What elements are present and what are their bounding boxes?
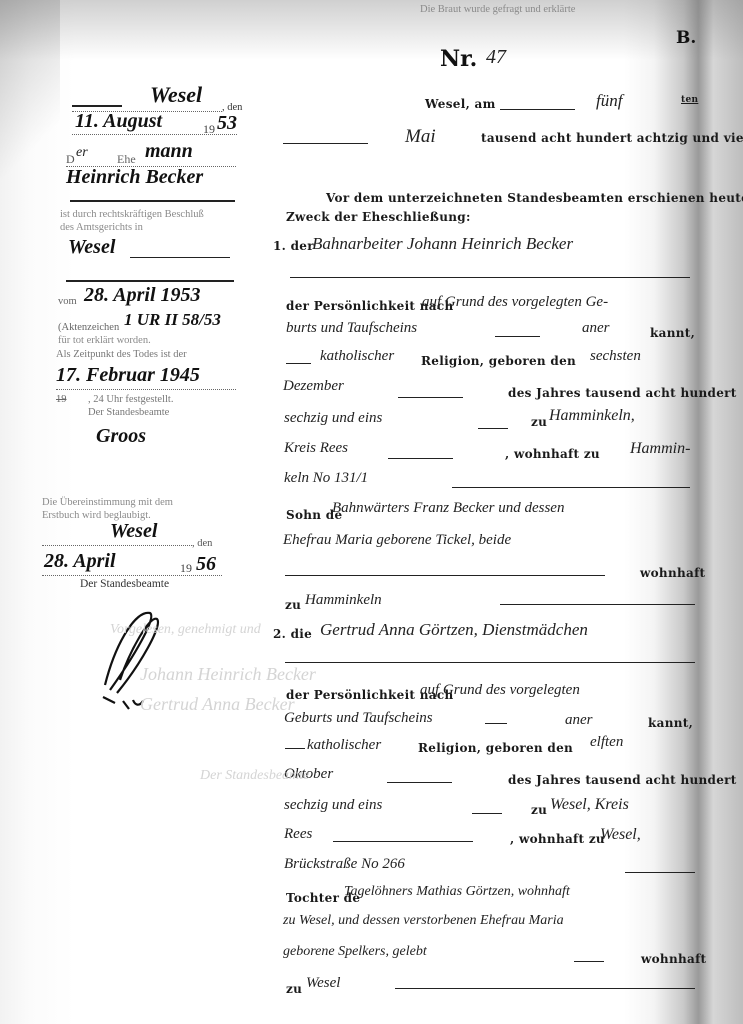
note2-text-1: Die Übereinstimmung mit dem	[42, 497, 173, 508]
rule	[574, 961, 604, 962]
bride-religion-label: Religion, geboren den	[418, 741, 573, 755]
bride-identity-2: Geburts und Taufscheins	[284, 710, 433, 727]
bride-street: Brückstraße No 266	[284, 856, 405, 873]
groom-district: Kreis Rees	[284, 440, 348, 457]
note1-vom-label: vom	[58, 296, 77, 307]
groom-religion-label: Religion, geboren den	[421, 354, 576, 368]
groom-number-label: 1. der	[273, 239, 314, 253]
ghost-text-2: Johann Heinrich Becker	[140, 664, 316, 685]
rule	[72, 134, 237, 135]
note2-place: Wesel	[110, 520, 157, 543]
note1-ehe: mann	[145, 140, 193, 163]
rule	[72, 105, 122, 107]
date-place-label: Wesel, am	[425, 97, 496, 111]
note1-name: Heinrich Becker	[66, 166, 203, 189]
rule	[500, 604, 695, 605]
groom-birth-place: Hamminkeln,	[549, 407, 635, 425]
groom-birth-year-label: des Jahres tausend acht hundert	[508, 386, 737, 400]
bride-district: Rees	[284, 826, 312, 843]
rule	[285, 748, 305, 749]
date-day: fünf	[596, 91, 622, 111]
rule	[290, 277, 690, 278]
groom-residence-label: , wohnhaft zu	[505, 447, 600, 461]
groom-residence: Hammin-	[630, 440, 690, 458]
rule	[42, 575, 222, 576]
rule	[398, 397, 463, 398]
bride-birth-place-label: zu	[531, 803, 547, 817]
scan-shadow-top	[0, 0, 743, 60]
bride-parents-2: zu Wesel, und dessen verstorbenen Ehefra…	[283, 913, 564, 929]
groom-parents-residence: Hamminkeln	[305, 592, 382, 609]
record-number: 47	[486, 46, 506, 69]
rule	[388, 458, 453, 459]
note1-decree-2: des Amtsgerichts in	[60, 222, 143, 233]
note1-declared: für tot erklärt worden.	[58, 335, 151, 346]
groom-parents-residence-prefix: zu	[285, 598, 301, 612]
note1-ehe-prefix-hand: er	[76, 145, 88, 161]
note1-death: 17. Februar 1945	[56, 364, 200, 387]
note1-ehe-prefix: D	[66, 152, 75, 167]
groom-parents-2: Ehefrau Maria geborene Tickel, beide	[283, 532, 511, 549]
bride-parents: Tagelöhners Mathias Görtzen, wohnhaft	[344, 884, 570, 900]
groom-parents-residence-label: wohnhaft	[640, 566, 705, 580]
rule	[70, 200, 235, 202]
faint-top-text: Die Braut wurde gefragt und erklärte	[420, 4, 575, 15]
bride-parents-3: geborene Spelkers, gelebt	[283, 944, 427, 960]
note1-time-text: , 24 Uhr festgestellt.	[88, 394, 173, 405]
page-letter: B.	[676, 28, 696, 48]
note1-official: Der Standesbeamte	[88, 407, 169, 418]
rule	[283, 143, 368, 144]
rule	[333, 841, 473, 842]
note1-place: Wesel	[150, 82, 202, 108]
bride-birth-year-label: des Jahres tausend acht hundert	[508, 773, 737, 787]
note2-official: Der Standesbeamte	[80, 578, 169, 590]
date-day-suffix: ten	[681, 95, 698, 105]
note2-date: 28. April	[44, 550, 116, 573]
note1-decree-1: ist durch rechtskräftigen Beschluß	[60, 209, 204, 220]
bride-residence: Wesel,	[600, 826, 641, 844]
note1-ehe-label: Ehe	[117, 152, 136, 167]
rule	[478, 428, 508, 429]
rule	[42, 545, 192, 546]
bride-birth-day: elften	[590, 734, 623, 751]
rule	[495, 336, 540, 337]
note2-date-suffix: , den	[192, 538, 212, 549]
note2-year: 56	[196, 553, 216, 576]
bride-religion: katholischer	[307, 737, 381, 754]
note1-file: 1 UR II 58/53	[124, 310, 221, 330]
bride-parents-residence: Wesel	[306, 975, 340, 992]
groom-birth-day: sechsten	[590, 348, 641, 365]
ghost-text-1: Vorgelesen, genehmigt und	[110, 622, 261, 638]
bride-known: aner	[565, 712, 593, 729]
note1-vom: 28. April 1953	[84, 284, 201, 307]
rule	[500, 109, 575, 110]
rule	[387, 782, 452, 783]
rule	[395, 988, 695, 989]
groom-identity: auf Grund des vorgelegten Ge-	[422, 294, 608, 311]
bride-residence-label: , wohnhaft zu	[510, 832, 605, 846]
groom-birth-month: Dezember	[283, 378, 344, 395]
groom-identity-2: burts und Taufscheins	[286, 320, 417, 337]
rule	[472, 813, 502, 814]
bride-identity: auf Grund des vorgelegten	[420, 682, 580, 699]
bride-parents-residence-prefix: zu	[286, 982, 302, 996]
note1-time-prefix: 19	[56, 394, 67, 405]
bride-known-label: kannt,	[648, 716, 693, 730]
groom-residence-2: keln No 131/1	[284, 470, 368, 487]
ghost-text-3: Gertrud Anna Becker	[140, 694, 295, 715]
date-year: tausend acht hundert achtzig und vier	[481, 131, 743, 145]
rule	[485, 723, 507, 724]
record-number-label: Nr.	[440, 46, 477, 72]
intro-line-1: Vor dem unterzeichneten Standesbeamten e…	[326, 191, 743, 205]
groom-parents: Bahnwärters Franz Becker und dessen	[332, 500, 564, 517]
ghost-text-4: Der Standesbeamte	[200, 768, 309, 784]
groom-religion: katholischer	[320, 348, 394, 365]
note1-date: 11. August	[75, 110, 162, 133]
rule	[286, 363, 311, 364]
groom-birth-place-label: zu	[531, 415, 547, 429]
bride-number-label: 2. die	[273, 627, 312, 641]
rule	[285, 575, 605, 576]
bride-birth-year: sechzig und eins	[284, 797, 382, 814]
scan-shadow-left	[0, 0, 60, 200]
groom-birth-year: sechzig und eins	[284, 410, 382, 427]
note1-death-text: Als Zeitpunkt des Todes ist der	[56, 349, 187, 360]
groom-known-label: kannt,	[650, 326, 695, 340]
rule	[56, 389, 236, 390]
date-month: Mai	[405, 126, 436, 148]
note1-year: 53	[217, 112, 237, 135]
rule	[625, 872, 695, 873]
groom-name: Bahnarbeiter Johann Heinrich Becker	[312, 234, 573, 254]
rule	[66, 280, 234, 282]
bride-name: Gertrud Anna Görtzen, Dienstmädchen	[320, 620, 588, 640]
note1-signature: Groos	[96, 425, 146, 448]
rule	[285, 662, 695, 663]
groom-known: aner	[582, 320, 610, 337]
intro-line-2: Zweck der Eheschließung:	[286, 210, 471, 224]
note2-year-prefix: 19	[180, 561, 192, 576]
rule	[452, 487, 690, 488]
note1-court: Wesel	[68, 236, 115, 259]
bride-birth-place: Wesel, Kreis	[550, 796, 629, 814]
note1-file-label: (Aktenzeichen	[58, 322, 119, 333]
rule	[130, 257, 230, 258]
bride-parents-residence-label: wohnhaft	[641, 952, 706, 966]
